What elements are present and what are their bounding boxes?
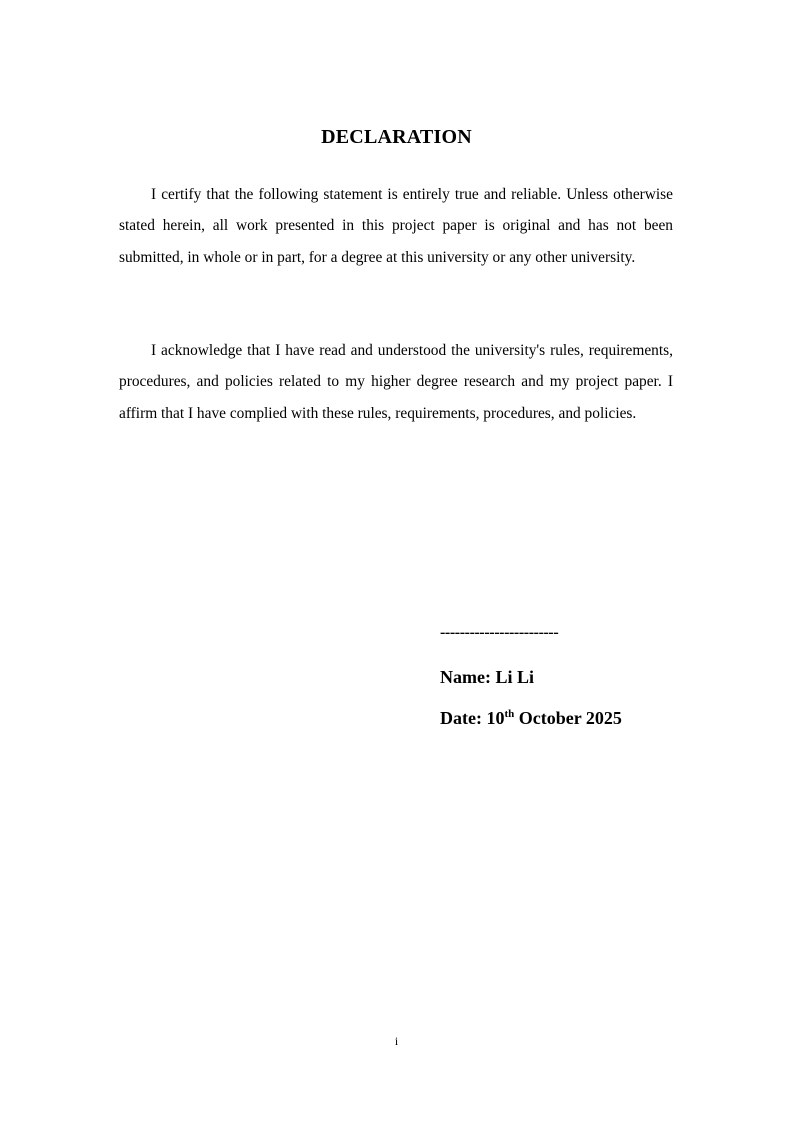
name-value: Li Li [495, 667, 534, 687]
certification-paragraph: I certify that the following statement i… [119, 179, 673, 273]
name-label: Name: [440, 667, 495, 687]
date-label: Date: [440, 708, 486, 728]
date-ordinal-suffix: th [504, 708, 514, 720]
page-number: i [0, 1034, 793, 1049]
acknowledgement-paragraph: I acknowledge that I have read and under… [119, 335, 673, 429]
signature-date: Date: 10th October 2025 [440, 708, 622, 729]
signatory-name: Name: Li Li [440, 667, 534, 688]
page-title: DECLARATION [0, 126, 793, 149]
signature-line: ------------------------ [440, 624, 558, 642]
date-month-year: October 2025 [514, 708, 622, 728]
date-day: 10 [486, 708, 504, 728]
